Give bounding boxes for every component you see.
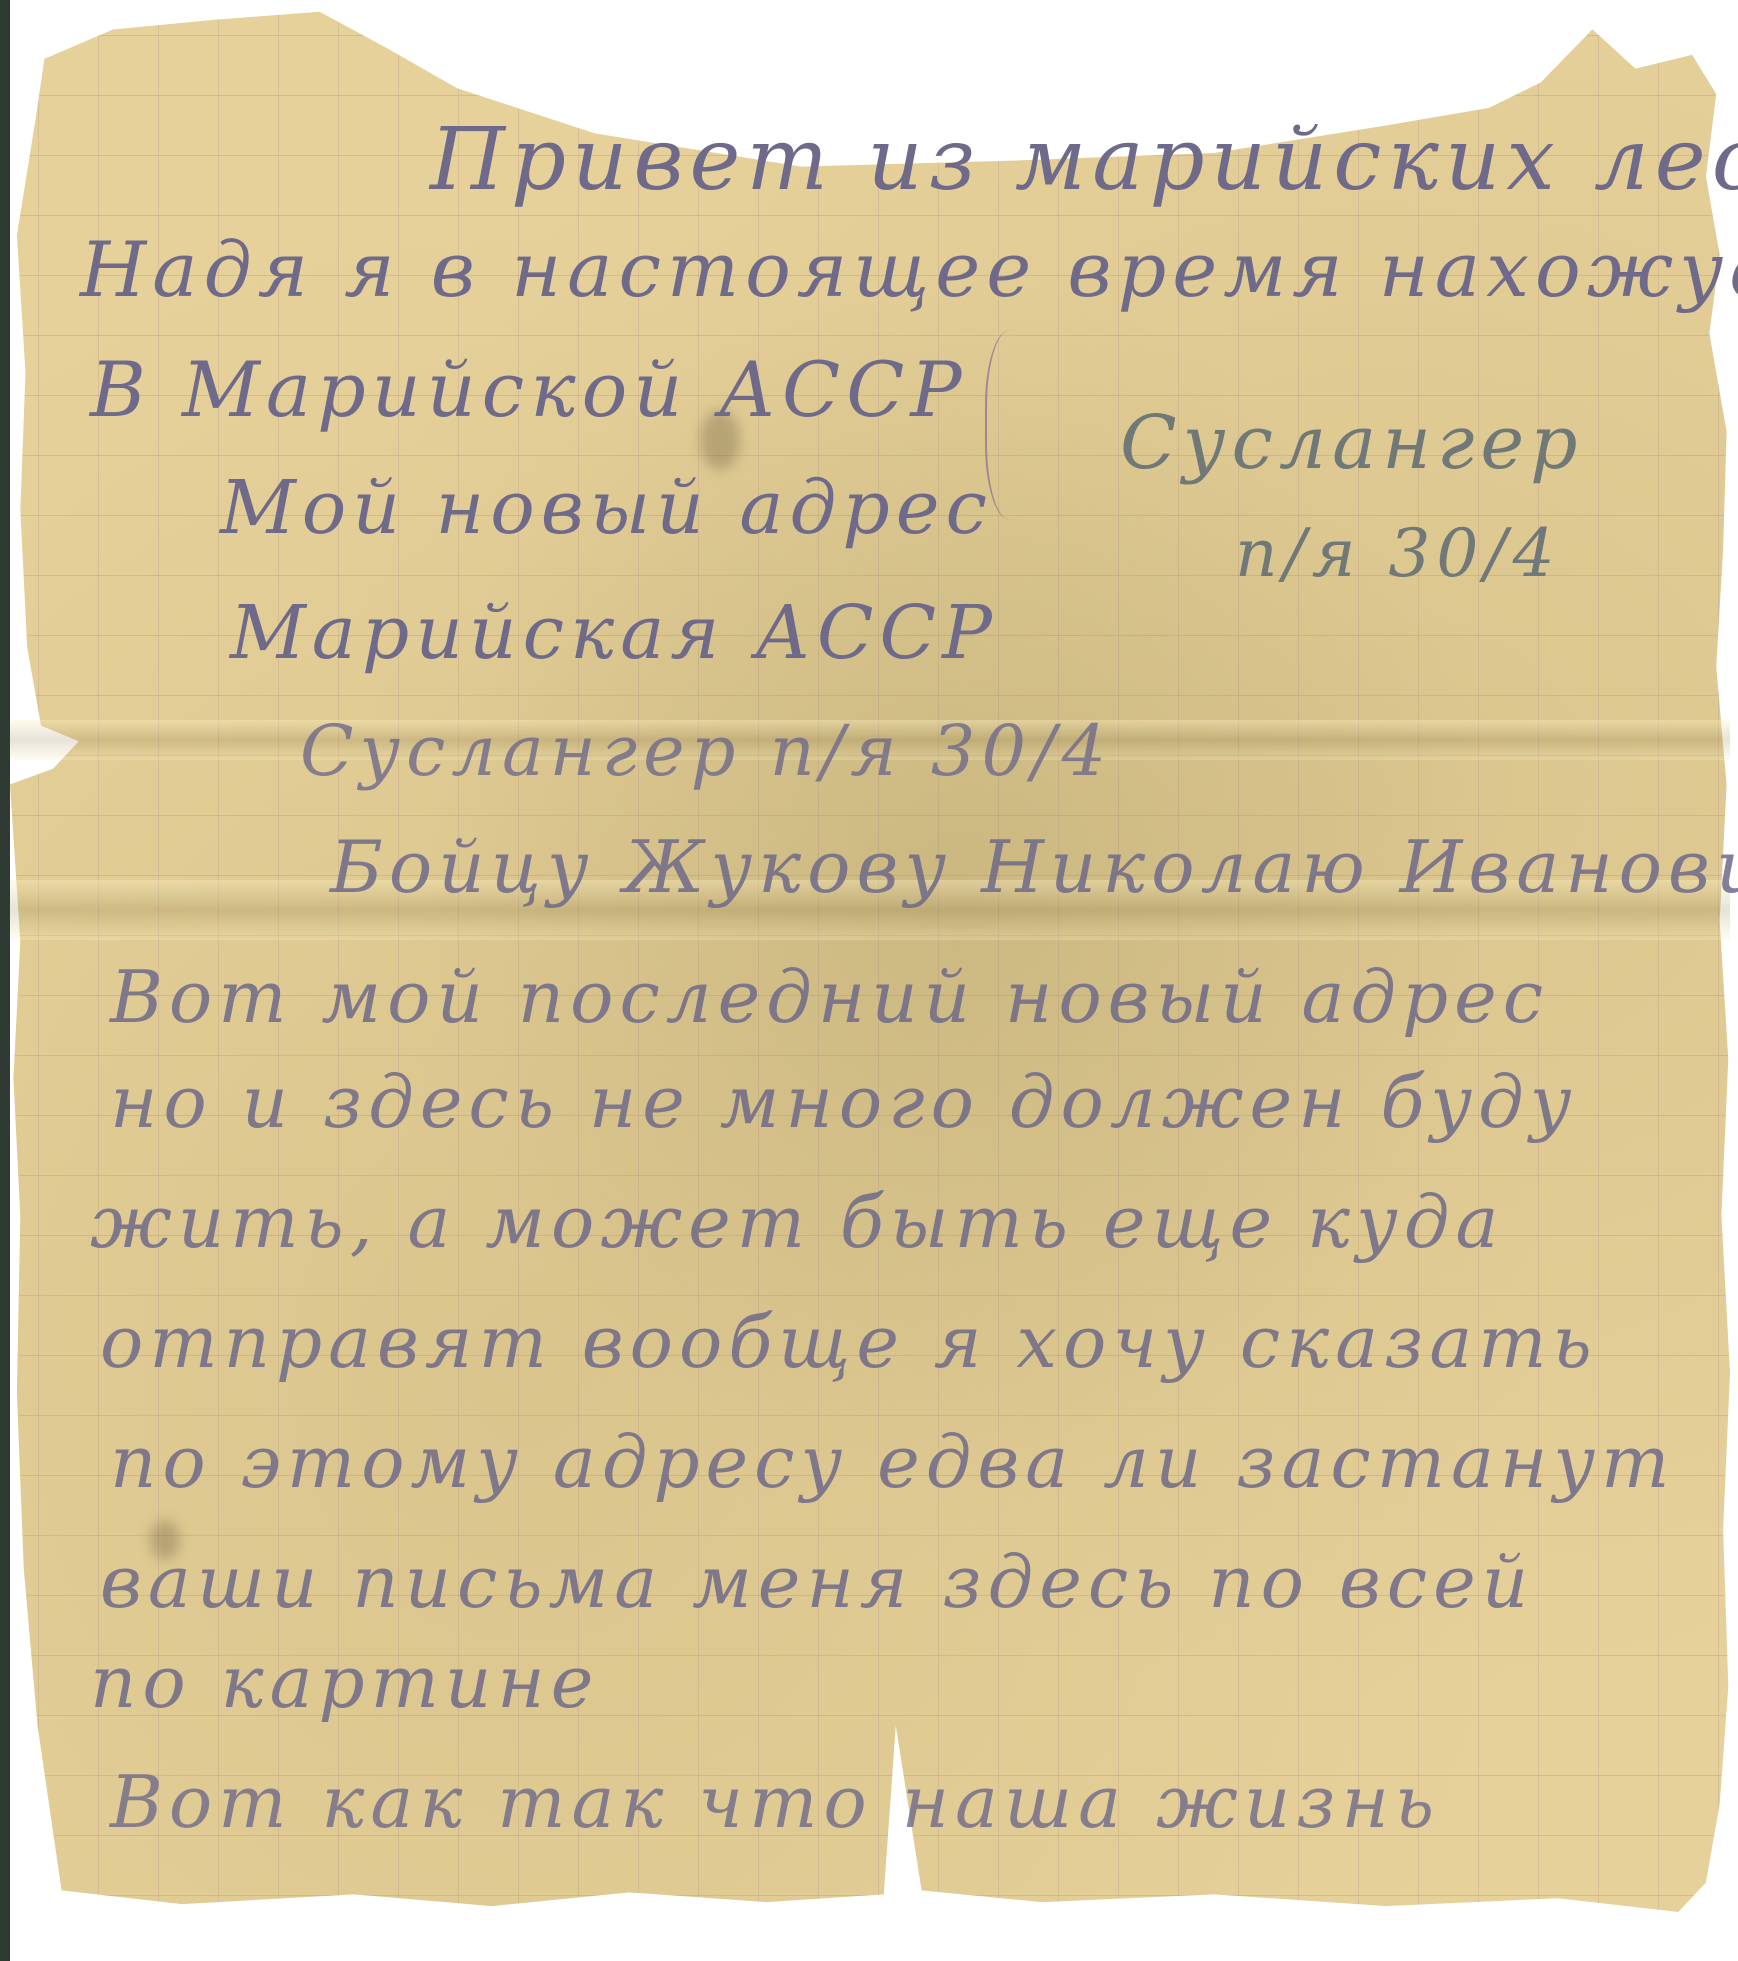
letter-line-13: по картине bbox=[90, 1640, 599, 1724]
margin-note-box: п/я 30/4 bbox=[1235, 515, 1561, 592]
margin-bracket bbox=[985, 330, 1047, 520]
letter-line-8: но и здесь не много должен буду bbox=[110, 1060, 1578, 1144]
scanner-edge bbox=[0, 0, 10, 1961]
margin-note-place: Суслангер bbox=[1120, 400, 1584, 486]
letter-line-11: по этому адресу едва ли застанут bbox=[110, 1420, 1675, 1504]
letter-line-5: Суслангер п/я 30/4 bbox=[300, 710, 1112, 792]
letter-line-7: Вот мой последний новый адрес bbox=[110, 955, 1549, 1039]
letter-line-1: Надя я в настоящее время нахожусь bbox=[80, 225, 1738, 314]
letter-line-2: В Марийской АССР bbox=[90, 345, 968, 434]
letter-line-4: Марийская АССР bbox=[230, 590, 998, 676]
letter-line-3: Мой новый адрес bbox=[220, 465, 993, 551]
letter-line-9: жить, а может быть еще куда bbox=[90, 1180, 1504, 1264]
letter-heading: Привет из марийских лесов bbox=[430, 110, 1738, 210]
letter-line-14: Вот как так что наша жизнь bbox=[110, 1760, 1440, 1844]
letter-line-10: отправят вообще я хочу сказать bbox=[100, 1300, 1598, 1384]
letter-line-12: ваши письма меня здесь по всей bbox=[100, 1540, 1534, 1624]
letter-line-6: Бойцу Жукову Николаю Ивановичу bbox=[330, 825, 1738, 909]
